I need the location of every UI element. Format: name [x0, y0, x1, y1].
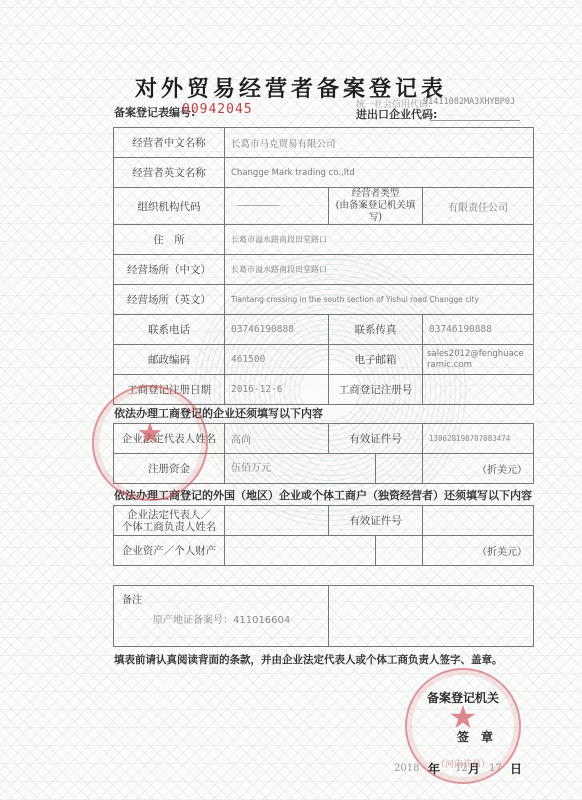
registration-number: 00942045 [182, 102, 253, 117]
postcode-label: 邮政编码 [114, 345, 225, 375]
foreign-usd-note: （折美元） [423, 536, 534, 566]
remarks-content: 原产地证备案号：411016604 [153, 611, 290, 626]
fax-value: 03746190888 [423, 315, 534, 345]
id-no-label: 有效证件号 [329, 424, 423, 454]
date-month: 12 [455, 763, 468, 774]
table-row: 联系电话 03746190888 联系传真 03746190888 [114, 315, 534, 345]
english-name-label: 经营者英文名称 [114, 158, 225, 188]
email-value: sales2012@fenghuace ramic.com [423, 345, 534, 375]
email-label: 电子邮箱 [329, 345, 423, 375]
org-code-value [225, 188, 329, 225]
usd-note: （折美元） [423, 454, 534, 484]
org-code-label: 组织机构代码 [114, 188, 225, 225]
date-day: 17 [489, 763, 502, 774]
foreign-rep-value [225, 506, 329, 536]
table-row: 邮政编码 461500 电子邮箱 sales2012@fenghuace ram… [114, 345, 534, 375]
table-row: 企业资产／个人财产 （折美元） [114, 536, 534, 566]
import-export-code-label: 进出口企业代码: [356, 106, 437, 122]
registration-no-label: 工商登记注册号 [329, 375, 423, 405]
table-row: 住 所 长葛市溢水路南段田堂路口 [114, 225, 534, 255]
fax-label: 联系传真 [329, 315, 423, 345]
remarks-label: 备注 [122, 591, 142, 606]
import-export-code-blank [430, 120, 520, 121]
capital-value-cell: 伍佰万元 [225, 454, 423, 484]
star-icon: ★ [137, 417, 164, 452]
legal-rep-value: 高尚 [225, 424, 329, 454]
business-place-en-label: 经营场所（英文） [114, 285, 225, 315]
phone-label: 联系电话 [114, 315, 225, 345]
id-no-value: 130628198707083474 [423, 424, 534, 454]
remarks-empty-cell [329, 586, 534, 647]
capital-value: 伍佰万元 [225, 454, 376, 483]
english-name-value: Changge Mark trading co.,ltd [225, 158, 534, 188]
authority-label: 备案登记机关 [427, 689, 499, 706]
table-row: 经营场所（中文） 长葛市溢水路南段田堂路口 [114, 255, 534, 285]
date-month-unit: 月 [468, 760, 480, 777]
residence-label: 住 所 [114, 225, 225, 255]
assets-value [225, 536, 376, 565]
operator-type-label: 经营者类型 (由备案登记机关填写) [329, 188, 423, 225]
business-place-cn-value: 长葛市溢水路南段田堂路口 [225, 255, 534, 285]
table-row: 经营者英文名称 Changge Mark trading co.,ltd [114, 158, 534, 188]
registration-date-value: 2016-12-6 [225, 375, 329, 405]
main-info-table: 经营者中文名称 长葛市马克贸易有限公司 经营者英文名称 Changge Mark… [113, 127, 534, 405]
date-year: 2018 [394, 763, 419, 774]
postcode-value: 461500 [225, 345, 329, 375]
foreign-rep-label: 企业法定代表人／ 个体工商负责人姓名 [114, 506, 225, 536]
footer-note: 填表前请认真阅读背面的条款，并由企业法定代表人或个体工商负责人签字、盖章。 [114, 652, 503, 667]
phone-value: 03746190888 [225, 315, 329, 345]
seal-label: 签章 [457, 728, 505, 745]
table-row: 经营场所（英文） Tiantang crossing in the south … [114, 285, 534, 315]
table-row: 经营者中文名称 长葛市马克贸易有限公司 [114, 128, 534, 158]
assets-value-cell [225, 536, 423, 566]
table-row: 组织机构代码 经营者类型 (由备案登记机关填写) 有限责任公司 [114, 188, 534, 225]
residence-value: 长葛市溢水路南段田堂路口 [225, 225, 534, 255]
chinese-name-label: 经营者中文名称 [114, 128, 225, 158]
date-year-unit: 年 [428, 760, 440, 777]
operator-type-value: 有限责任公司 [423, 188, 534, 225]
assets-label: 企业资产／个人财产 [114, 536, 225, 566]
foreign-id-no-label: 有效证件号 [329, 506, 423, 536]
registration-no-value [423, 375, 534, 405]
date-day-unit: 日 [510, 760, 522, 777]
business-place-en-value: Tiantang crossing in the south section o… [225, 285, 534, 315]
table-row: 企业法定代表人／ 个体工商负责人姓名 有效证件号 [114, 506, 534, 536]
business-place-cn-label: 经营场所（中文） [114, 255, 225, 285]
chinese-name-value: 长葛市马克贸易有限公司 [225, 128, 534, 158]
foreign-table: 企业法定代表人／ 个体工商负责人姓名 有效证件号 企业资产／个人财产 （折美元） [113, 505, 534, 566]
company-seal: ★ [92, 385, 208, 501]
foreign-id-no-value [423, 506, 534, 536]
